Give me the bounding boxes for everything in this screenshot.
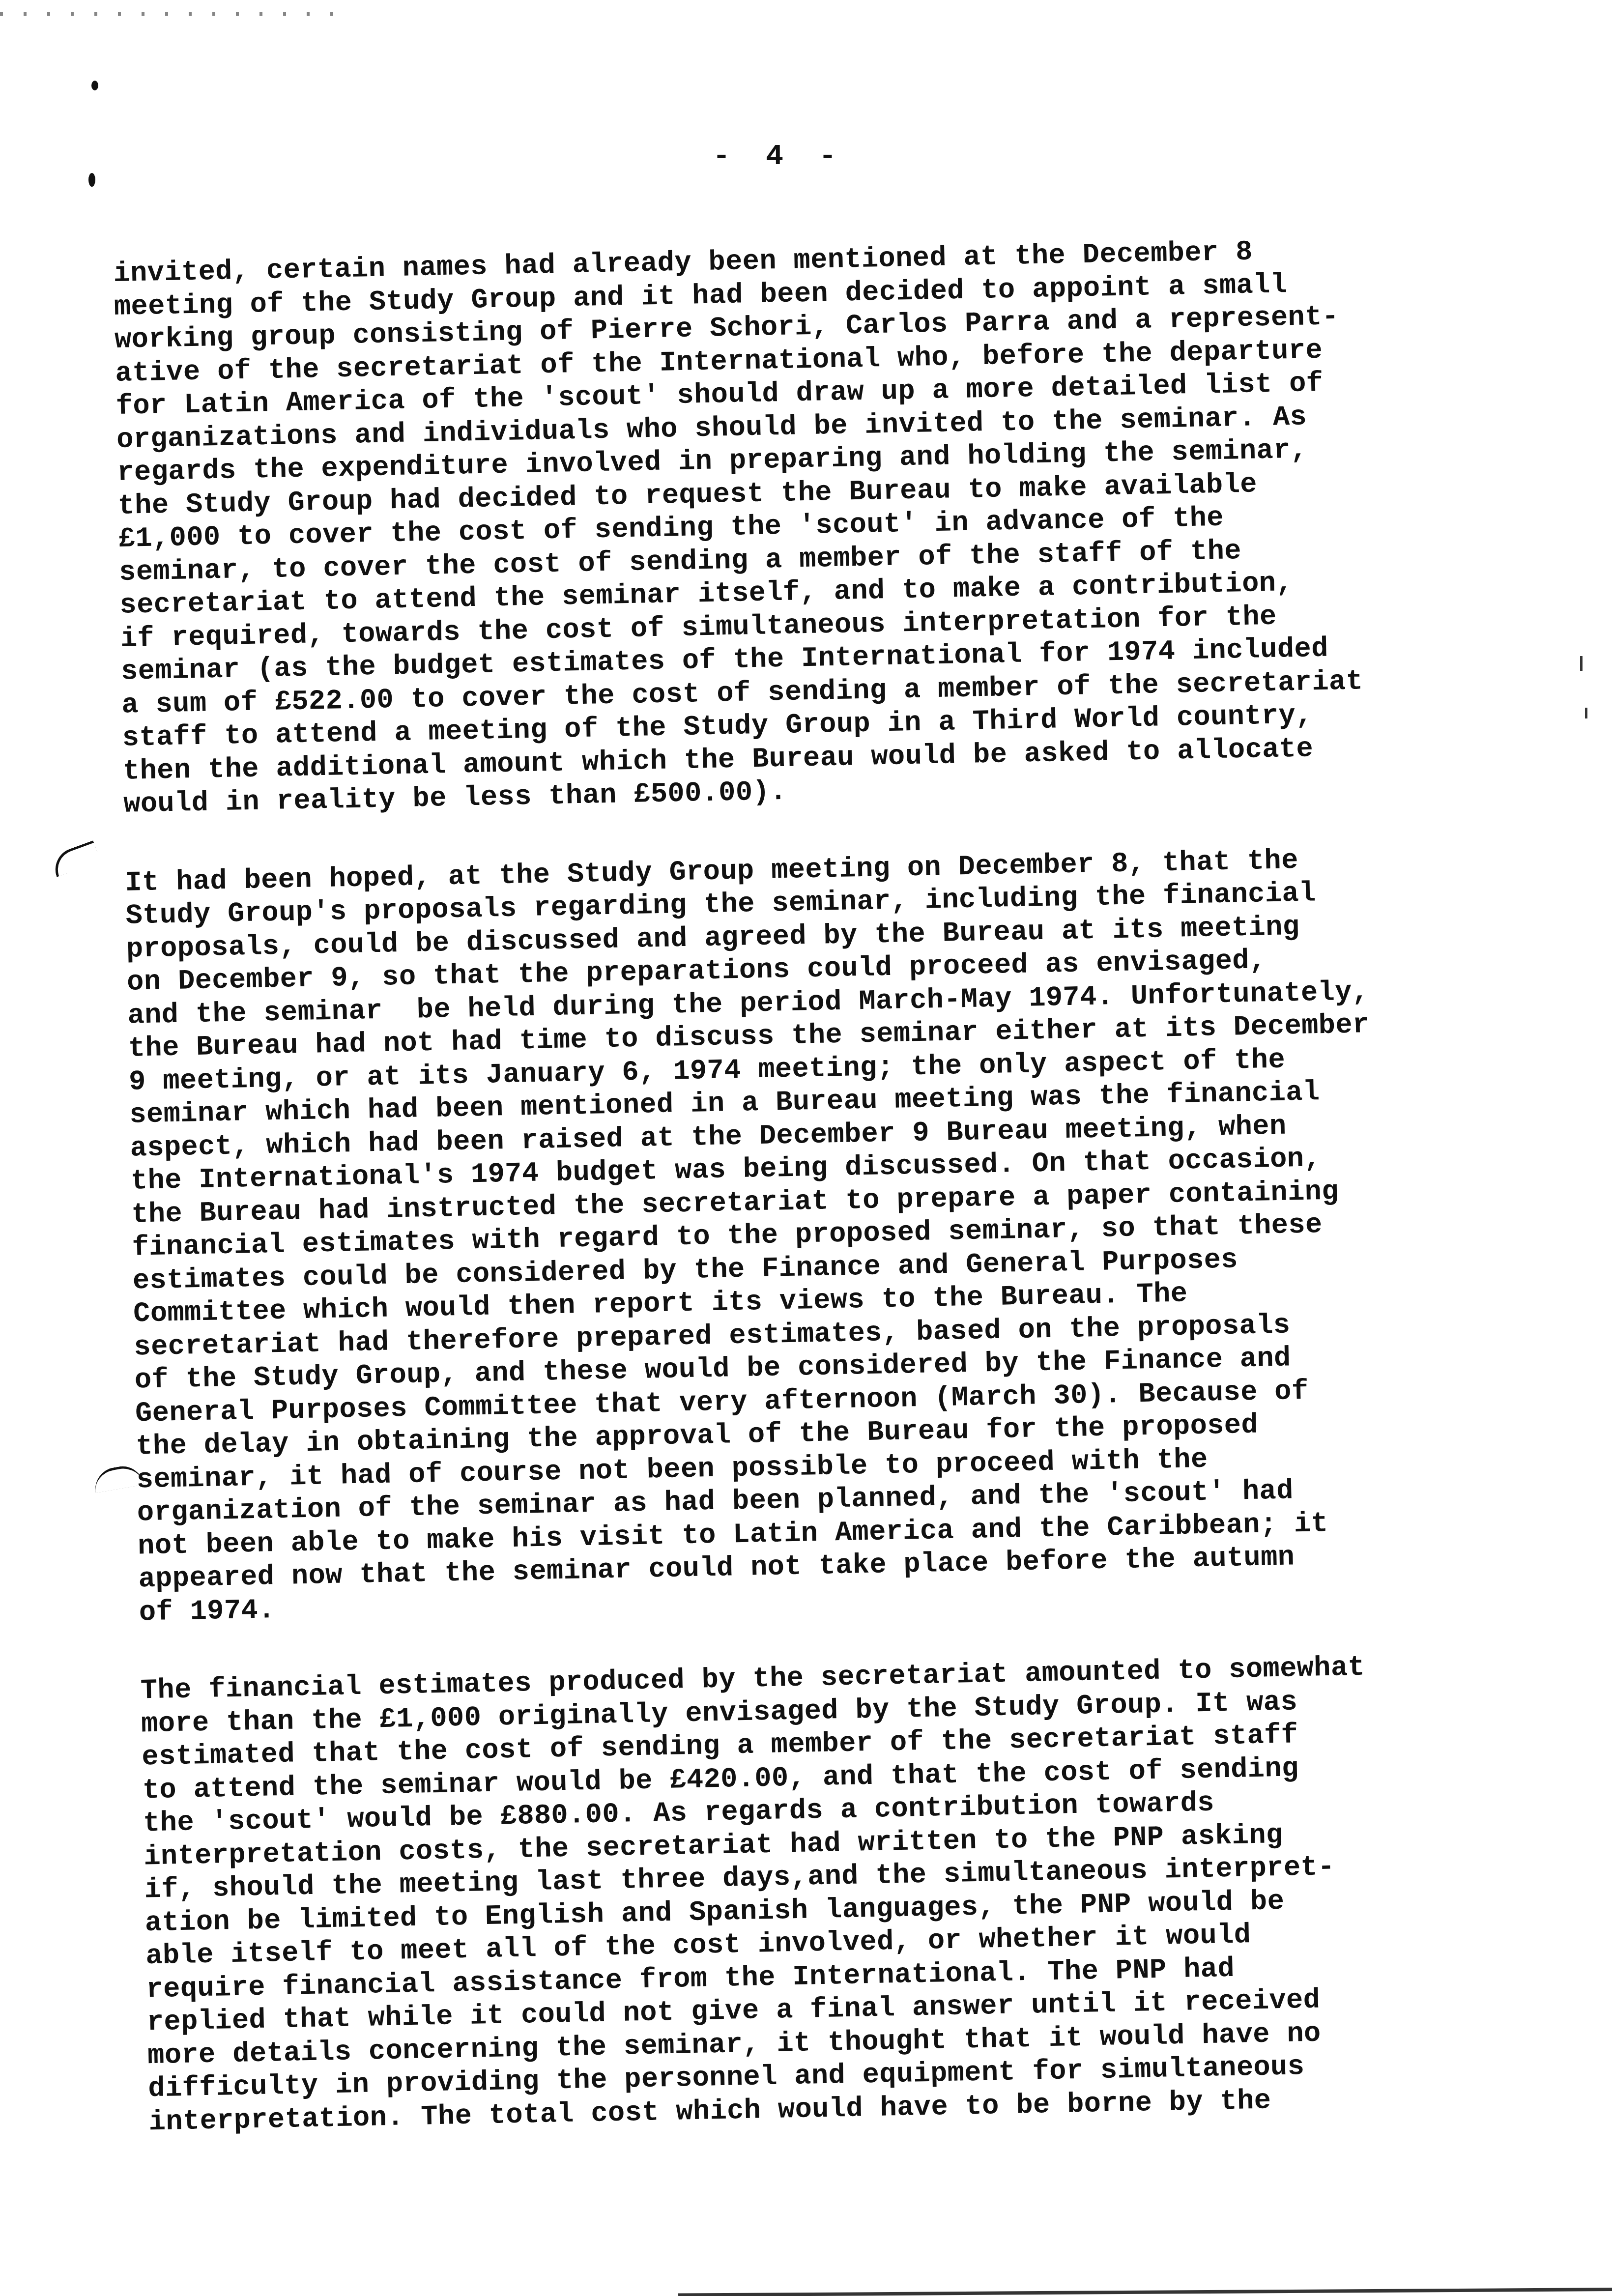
page-number: - 4 - (713, 140, 845, 173)
bottom-scan-edge (678, 2288, 1612, 2296)
punch-hole-mark (91, 81, 98, 90)
document-page: - 4 - invited, certain names had already… (0, 0, 1612, 2296)
paragraph: It had been hoped, at the Study Group me… (125, 838, 1612, 1630)
document-body: invited, certain names had already been … (113, 230, 1612, 2184)
paragraph: The financial estimates produced by the … (140, 1646, 1612, 2139)
margin-bracket-mark (49, 840, 101, 877)
scan-noise (0, 12, 354, 16)
paragraph: invited, certain names had already been … (113, 230, 1608, 822)
punch-hole-mark (88, 173, 95, 187)
